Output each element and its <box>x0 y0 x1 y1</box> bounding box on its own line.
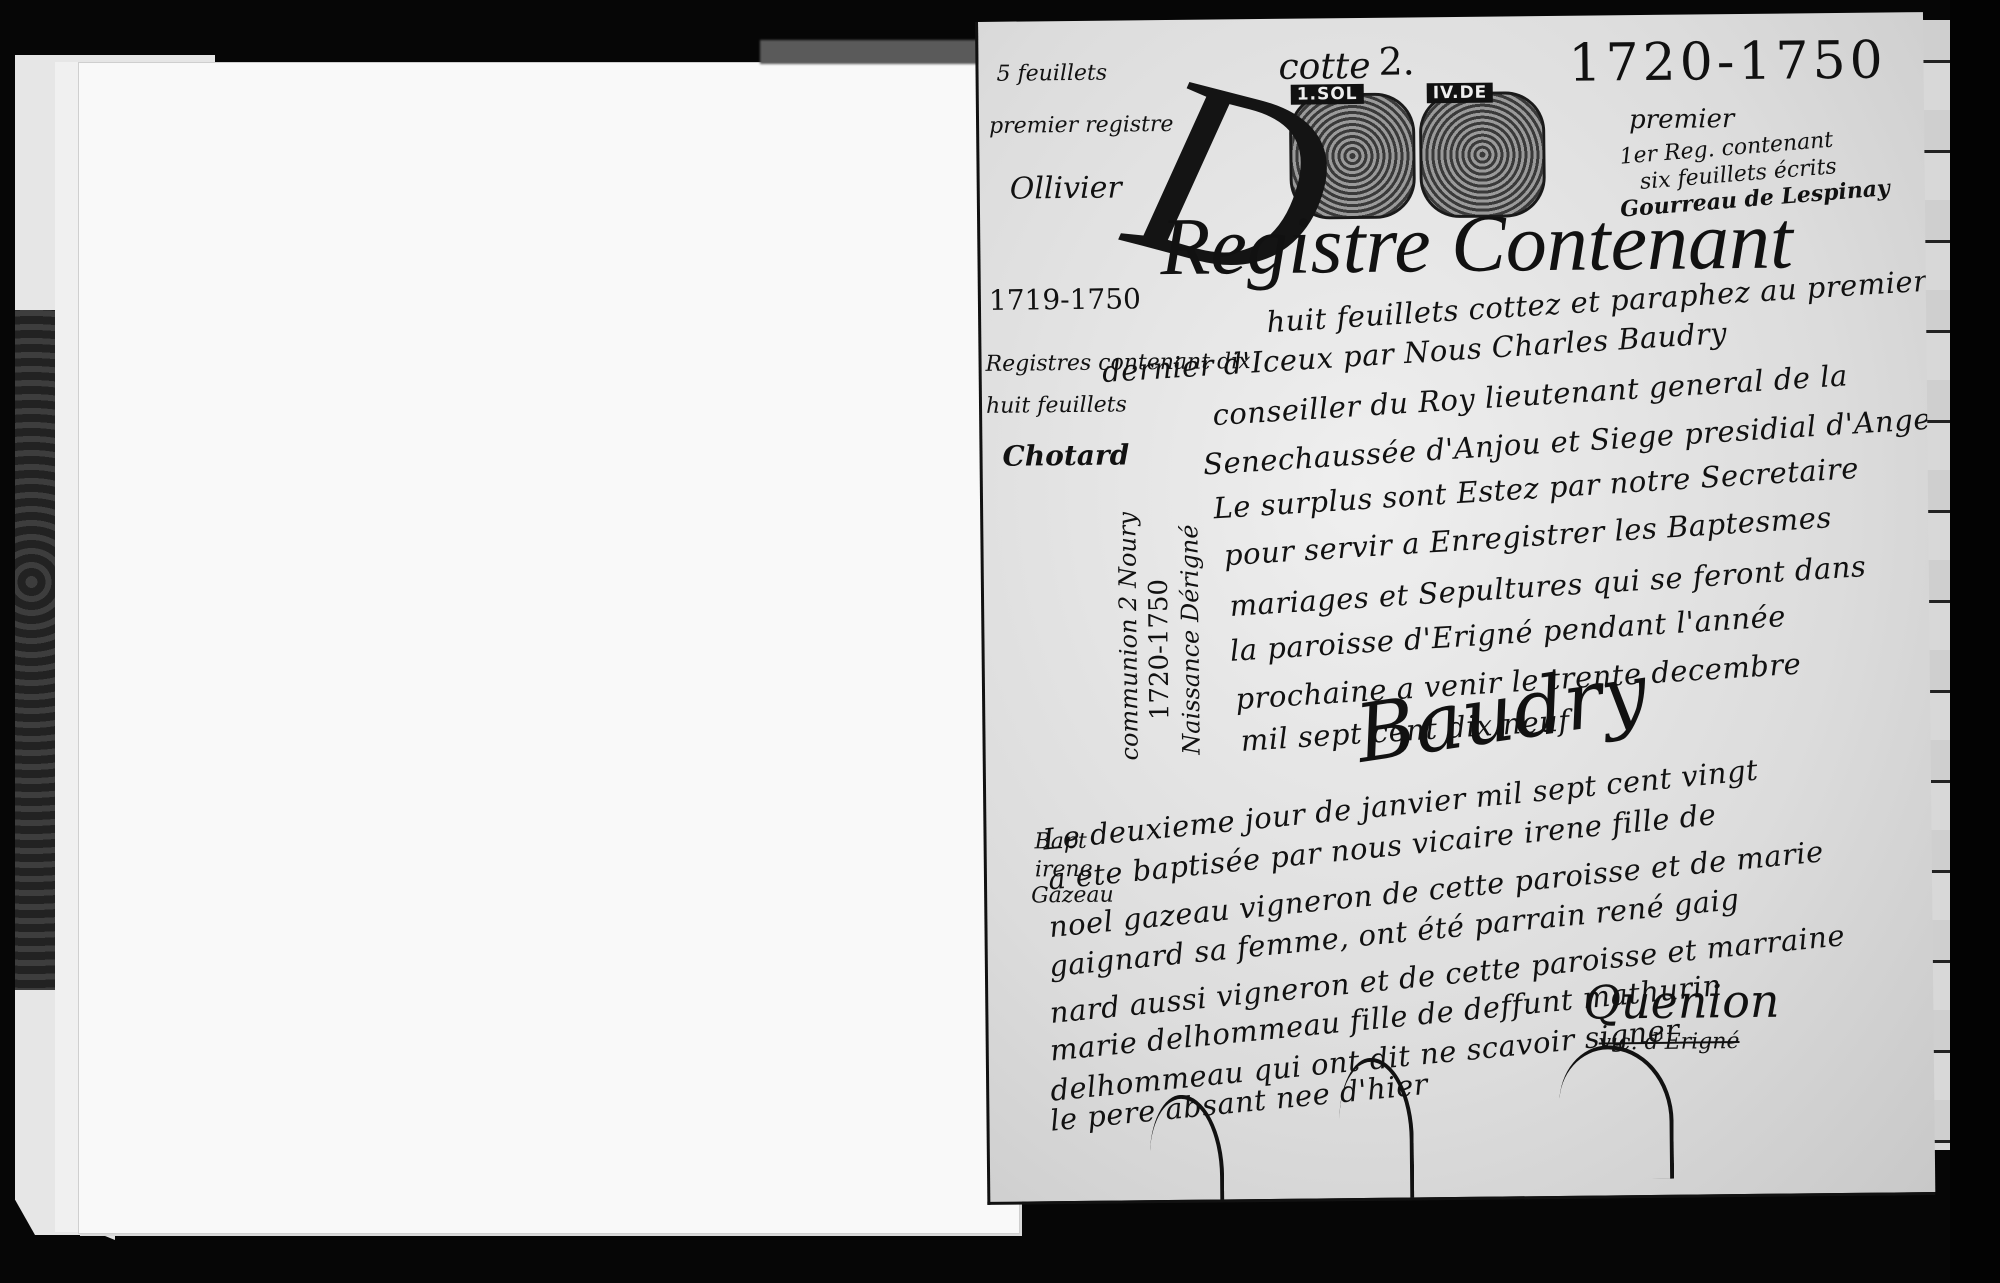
vertical-note-communion: communion 2 Noury <box>1113 512 1144 761</box>
stamp-label-right: IV.DE <box>1427 83 1494 104</box>
note-premier-registre: premier registre <box>989 112 1174 139</box>
vertical-note-dates: 1720-1750 <box>1144 579 1175 720</box>
signature-quenion: Quenion <box>1583 974 1780 1030</box>
margin-note-feuillets: huit feuillets <box>986 392 1127 418</box>
note-premier: premier <box>1629 104 1735 135</box>
vertical-note-naissance: Naissance Dérigné <box>1175 524 1205 755</box>
signature-baudry: Baudry <box>1350 645 1653 781</box>
margin-date-range: 1719-1750 <box>989 282 1141 317</box>
signature-ollivier: Ollivier <box>1010 170 1122 206</box>
note-feuillets: 5 feuillets <box>996 61 1107 87</box>
closing-flourish <box>1559 1045 1674 1180</box>
cote-number: 2. <box>1378 39 1415 83</box>
dark-background-right <box>1950 0 2000 1283</box>
register-page: 5 feuillets premier registre Ollivier co… <box>975 12 1935 1205</box>
blank-left-page <box>78 62 1020 1234</box>
binding-strip <box>760 40 990 64</box>
date-range: 1720-1750 <box>1568 30 1887 93</box>
signature-chotard: Chotard <box>1002 438 1129 472</box>
